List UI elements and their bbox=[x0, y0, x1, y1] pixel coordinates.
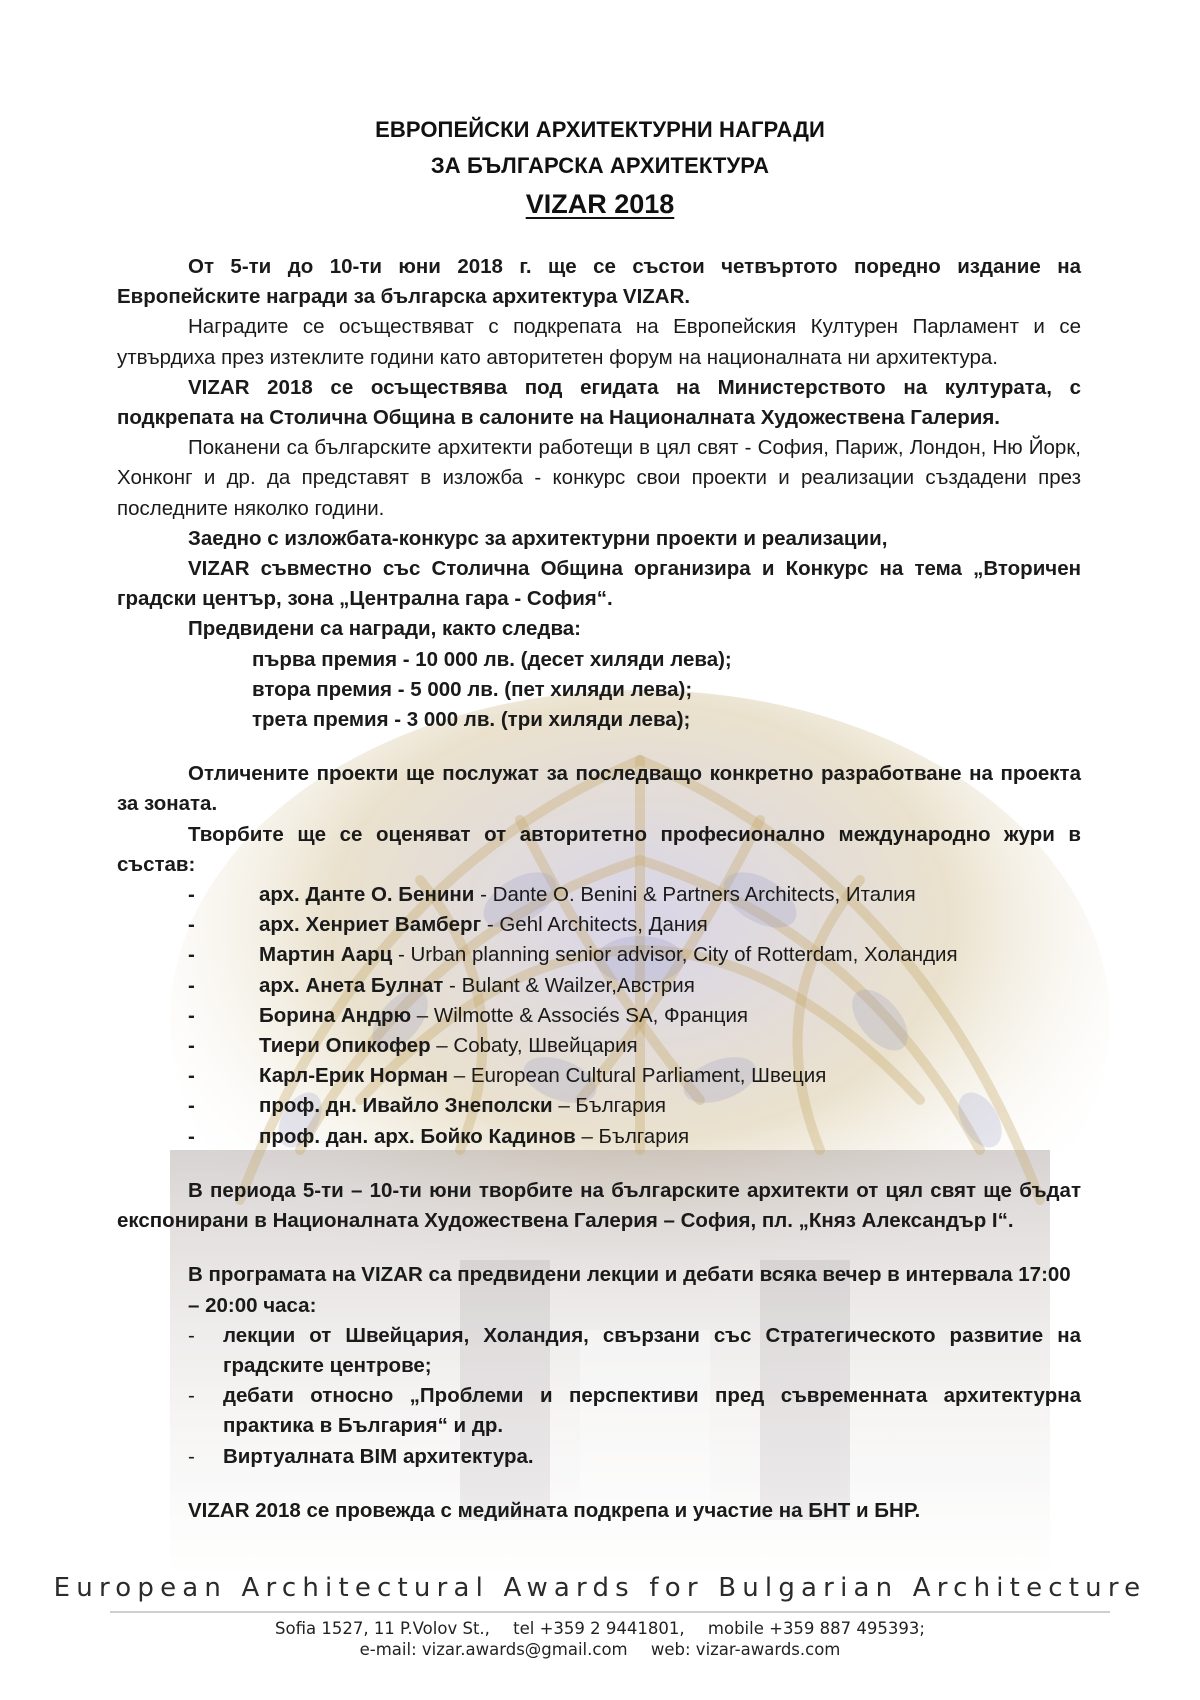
bullet-dash: - bbox=[117, 910, 259, 940]
separator: – bbox=[431, 1034, 454, 1057]
jury-affiliation: Urban planning senior advisor, City of R… bbox=[411, 943, 958, 966]
document-body: От 5-ти до 10-ти юни 2018 г. ще се състо… bbox=[117, 252, 1081, 1526]
jury-member: -Борина Андрю – Wilmotte & Associés SA, … bbox=[117, 1001, 1081, 1031]
bullet-dash: - bbox=[188, 1321, 223, 1381]
paragraph-intro: От 5-ти до 10-ти юни 2018 г. ще се състо… bbox=[117, 252, 1081, 312]
separator: - bbox=[392, 943, 410, 966]
paragraph-competition: VIZAR съвместно със Столична Община орга… bbox=[117, 554, 1081, 614]
jury-name: арх. Данте О. Бенини bbox=[259, 883, 474, 906]
bullet-dash: - bbox=[117, 1091, 259, 1121]
contact-line-1: Sofia 1527, 11 P.Volov St., tel +359 2 9… bbox=[0, 1618, 1200, 1639]
separator: – bbox=[411, 1004, 434, 1027]
jury-name: проф. дан. арх. Бойко Кадинов bbox=[259, 1125, 576, 1148]
document-header: ЕВРОПЕЙСКИ АРХИТЕКТУРНИ НАГРАДИ ЗА БЪЛГА… bbox=[0, 112, 1200, 224]
jury-member: -проф. дн. Ивайло Знеполски – България bbox=[117, 1091, 1081, 1121]
jury-name: Борина Андрю bbox=[259, 1004, 411, 1027]
bullet-dash: - bbox=[117, 880, 259, 910]
footer-slogan: European Architectural Awards for Bulgar… bbox=[0, 1573, 1200, 1603]
contact-tel: tel +359 2 9441801, bbox=[513, 1619, 685, 1638]
paragraph-invitation: Поканени са българските архитекти работе… bbox=[117, 433, 1081, 524]
header-line-2: ЗА БЪЛГАРСКА АРХИТЕКТУРА bbox=[0, 148, 1200, 184]
prize-first: първа премия - 10 000 лв. (десет хиляди … bbox=[117, 645, 1081, 675]
paragraph-program: В програмата на VIZAR са предвидени лекц… bbox=[117, 1260, 1081, 1320]
jury-name: проф. дн. Ивайло Знеполски bbox=[259, 1094, 553, 1117]
bullet-dash: - bbox=[188, 1381, 223, 1441]
jury-affiliation: България bbox=[575, 1094, 666, 1117]
program-list: -лекции от Швейцария, Холандия, свързани… bbox=[117, 1321, 1081, 1472]
jury-name: Карл-Ерик Норман bbox=[259, 1064, 448, 1087]
jury-name: арх. Анета Булнат bbox=[259, 974, 443, 997]
jury-affiliation: Cobaty, Швейцария bbox=[453, 1034, 637, 1057]
jury-affiliation: Bulant & Wailzer,Австрия bbox=[462, 974, 695, 997]
paragraph-exhibition-period: В периода 5-ти – 10-ти юни творбите на б… bbox=[117, 1176, 1081, 1236]
jury-member: -арх. Данте О. Бенини - Dante O. Benini … bbox=[117, 880, 1081, 910]
paragraph-prizes-intro: Предвидени са награди, както следва: bbox=[117, 614, 1081, 644]
program-item: -Виртуалната BIM архитектура. bbox=[117, 1442, 1081, 1472]
contact-line-2: e-mail: vizar.awards@gmail.com web: viza… bbox=[0, 1639, 1200, 1660]
jury-member: -арх. Анета Булнат - Bulant & Wailzer,Ав… bbox=[117, 971, 1081, 1001]
bullet-dash: - bbox=[117, 940, 259, 970]
jury-name: арх. Хенриет Вамберг bbox=[259, 913, 481, 936]
paragraph-patronage: VIZAR 2018 се осъществява под егидата на… bbox=[117, 373, 1081, 433]
program-item: -лекции от Швейцария, Холандия, свързани… bbox=[117, 1321, 1081, 1381]
contact-address: Sofia 1527, 11 P.Volov St., bbox=[275, 1619, 490, 1638]
jury-list: -арх. Данте О. Бенини - Dante O. Benini … bbox=[117, 880, 1081, 1152]
paragraph-support: Наградите се осъществяват с подкрепата н… bbox=[117, 312, 1081, 372]
jury-member: -арх. Хенриет Вамберг - Gehl Architects,… bbox=[117, 910, 1081, 940]
jury-affiliation: European Cultural Parliament, Швеция bbox=[471, 1064, 826, 1087]
separator: - bbox=[481, 913, 499, 936]
bullet-dash: - bbox=[117, 1001, 259, 1031]
paragraph-jury-intro: Творбите ще се оценяват от авторитетно п… bbox=[117, 820, 1081, 880]
footer-divider bbox=[110, 1611, 1110, 1613]
bullet-dash: - bbox=[117, 971, 259, 1001]
jury-name: Тиери Опикофер bbox=[259, 1034, 431, 1057]
program-item-text: дебати относно „Проблеми и перспективи п… bbox=[223, 1381, 1081, 1441]
bullet-dash: - bbox=[117, 1031, 259, 1061]
header-line-1: ЕВРОПЕЙСКИ АРХИТЕКТУРНИ НАГРАДИ bbox=[0, 112, 1200, 148]
paragraph-exhibition: Заедно с изложбата-конкурс за архитектур… bbox=[117, 524, 1081, 554]
contact-web[interactable]: web: vizar-awards.com bbox=[651, 1640, 841, 1659]
jury-member: -Карл-Ерик Норман – European Cultural Pa… bbox=[117, 1061, 1081, 1091]
jury-name: Мартин Аарц bbox=[259, 943, 392, 966]
contact-mobile: mobile +359 887 495393; bbox=[708, 1619, 925, 1638]
jury-affiliation: Gehl Architects, Дания bbox=[499, 913, 707, 936]
jury-member: -Мартин Аарц - Urban planning senior adv… bbox=[117, 940, 1081, 970]
program-item: -дебати относно „Проблеми и перспективи … bbox=[117, 1381, 1081, 1441]
separator: – bbox=[553, 1094, 576, 1117]
prize-third: трета премия - 3 000 лв. (три хиляди лев… bbox=[117, 705, 1081, 735]
separator: - bbox=[474, 883, 492, 906]
jury-affiliation: Wilmotte & Associés SA, Франция bbox=[434, 1004, 748, 1027]
footer-contact: Sofia 1527, 11 P.Volov St., tel +359 2 9… bbox=[0, 1618, 1200, 1660]
bullet-dash: - bbox=[117, 1122, 259, 1152]
document-page: ЕВРОПЕЙСКИ АРХИТЕКТУРНИ НАГРАДИ ЗА БЪЛГА… bbox=[0, 0, 1200, 1700]
program-item-text: Виртуалната BIM архитектура. bbox=[223, 1442, 1081, 1472]
paragraph-projects-use: Отличените проекти ще послужат за послед… bbox=[117, 759, 1081, 819]
bullet-dash: - bbox=[188, 1442, 223, 1472]
jury-affiliation: България bbox=[599, 1125, 690, 1148]
paragraph-media-support: VIZAR 2018 се провежда с медийната подкр… bbox=[117, 1496, 1081, 1526]
separator: - bbox=[443, 974, 461, 997]
prize-second: втора премия - 5 000 лв. (пет хиляди лев… bbox=[117, 675, 1081, 705]
jury-affiliation: Dante O. Benini & Partners Architects, И… bbox=[493, 883, 916, 906]
jury-member: -проф. дан. арх. Бойко Кадинов – Българи… bbox=[117, 1122, 1081, 1152]
header-main-title: VIZAR 2018 bbox=[0, 184, 1200, 224]
separator: – bbox=[576, 1125, 599, 1148]
jury-member: -Тиери Опикофер – Cobaty, Швейцария bbox=[117, 1031, 1081, 1061]
bullet-dash: - bbox=[117, 1061, 259, 1091]
program-item-text: лекции от Швейцария, Холандия, свързани … bbox=[223, 1321, 1081, 1381]
contact-email[interactable]: e-mail: vizar.awards@gmail.com bbox=[360, 1640, 628, 1659]
separator: – bbox=[448, 1064, 471, 1087]
